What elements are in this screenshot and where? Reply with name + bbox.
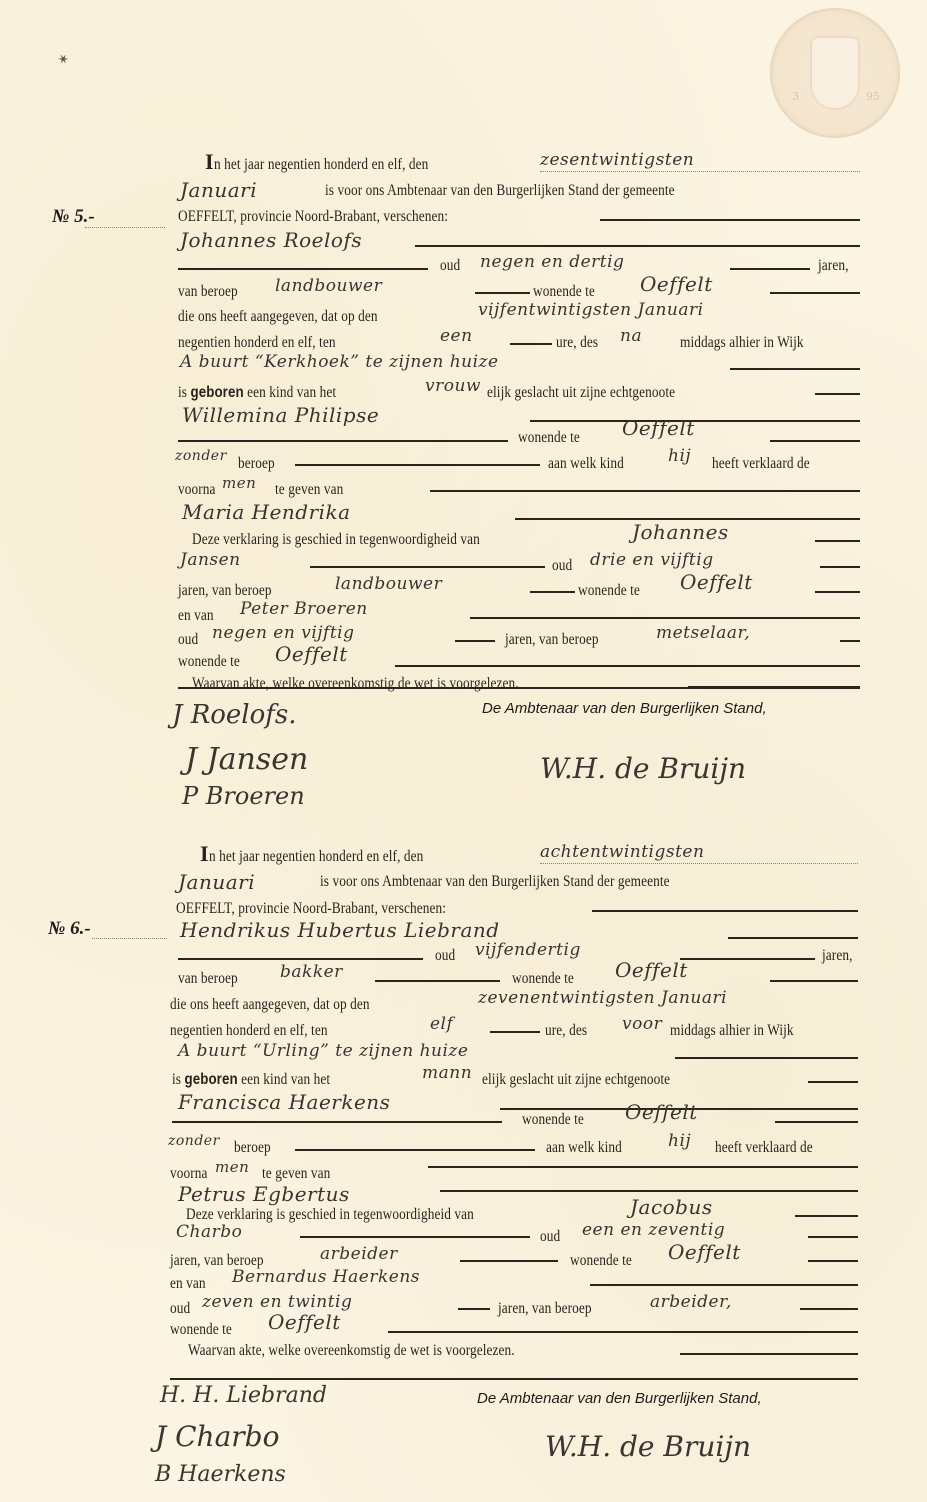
signature-separator [170,1378,858,1380]
child-name: Maria Hendrika [182,500,351,524]
birth-hour: elf [430,1014,453,1034]
witness1-residence: Oeffelt [680,570,753,594]
witness1-first: Johannes [632,520,729,544]
witness2-name: Peter Broeren [240,599,368,619]
witness2-age: negen en vijftig [212,623,354,643]
witness2-residence: Oeffelt [268,1310,341,1334]
pronoun: hij [668,1131,691,1151]
signature-official: W.H. de Bruijn [545,1430,751,1463]
birth-date-written: zevenentwintigsten Januari [478,988,727,1008]
witness1-occupation: arbeider [320,1244,398,1264]
mother-name: Willemina Philipse [182,403,379,427]
signature-declarant: J Roelofs. [172,700,297,730]
municipality-line: is voor ons Ambtenaar van den Burgerlijk… [325,179,732,203]
witness2-residence: Oeffelt [275,642,348,666]
birth-date-written: vijfentwintigsten Januari [478,300,704,320]
witness2-occupation: metselaar, [656,623,750,643]
am-pm: voor [622,1014,662,1034]
entry-intro: In het jaar negentien honderd en elf, de… [200,842,458,866]
signature-witness1: J Charbo [155,1420,279,1453]
declarant-age: negen en dertig [480,252,624,272]
witness1-last: Charbo [176,1222,242,1242]
witness1-occupation: landbouwer [335,574,442,594]
mother-residence: Oeffelt [622,416,695,440]
child-sex: mann [422,1063,472,1083]
declarant-residence: Oeffelt [640,272,713,296]
declarant-occupation: landbouwer [275,276,382,296]
declarant-name: Johannes Roelofs [180,228,362,252]
signature-witness1: J Jansen [185,742,308,777]
municipality-line: is voor ons Ambtenaar van den Burgerlijk… [320,870,727,894]
birth-location: A buurt “Kerkhoek” te zijnen huize [180,352,499,372]
closing-statement: Waarvan akte, welke overeenkomstig de we… [192,672,572,696]
mother-occupation: zonder [175,448,227,464]
child-sex: vrouw [425,376,481,396]
mother-name: Francisca Haerkens [178,1090,390,1114]
witness2-name: Bernardus Haerkens [232,1267,420,1287]
closing-statement: Waarvan akte, welke overeenkomstig de we… [188,1339,568,1363]
declarant-residence: Oeffelt [615,958,688,982]
day-written: zesentwintigsten [540,150,694,170]
born-line: is geboren een kind van het [172,1068,356,1092]
embossed-seal: 3 95 [770,8,900,138]
seal-left-number: 3 [792,90,799,103]
witness1-age: een en zeventig [582,1220,725,1240]
month-written: Januari [178,870,255,894]
declarant-name: Hendrikus Hubertus Liebrand [180,918,500,942]
entry-number: № 6.- [48,918,91,940]
province-line: OEFFELT, provincie Noord-Brabant, versch… [178,205,492,229]
official-title: De Ambtenaar van den Burgerlijken Stand, [477,1390,762,1407]
mother-residence: Oeffelt [625,1100,698,1124]
witness1-residence: Oeffelt [668,1240,741,1264]
day-written: achtentwintigsten [540,842,704,862]
signature-separator [178,687,860,689]
signature-declarant: H. H. Liebrand [160,1383,327,1408]
month-written: Januari [180,178,257,202]
birth-location: A buurt “Urling” te zijnen huize [178,1041,468,1061]
witness2-occupation: arbeider, [650,1292,732,1312]
witness1-age: drie en vijftig [590,550,714,570]
signature-official: W.H. de Bruijn [540,752,746,785]
born-line: is geboren een kind van het [178,381,362,405]
entry-intro: In het jaar negentien honderd en elf, de… [205,150,463,174]
pronoun: hij [668,446,691,466]
official-title: De Ambtenaar van den Burgerlijken Stand, [482,700,767,717]
declarant-age: vijfendertig [475,940,581,960]
declarant-occupation: bakker [280,962,343,982]
birth-hour: een [440,326,473,346]
witness1-last: Jansen [180,550,241,570]
seal-right-number: 95 [866,90,880,103]
entry-number: № 5.- [52,206,95,228]
witness2-age: zeven en twintig [202,1292,352,1312]
witness1-first: Jacobus [630,1195,713,1219]
mother-occupation: zonder [168,1133,220,1149]
crown-crest-icon [812,38,858,108]
am-pm: na [620,326,642,346]
signature-witness2: B Haerkens [155,1462,286,1487]
signature-witness2: P Broeren [182,782,305,810]
